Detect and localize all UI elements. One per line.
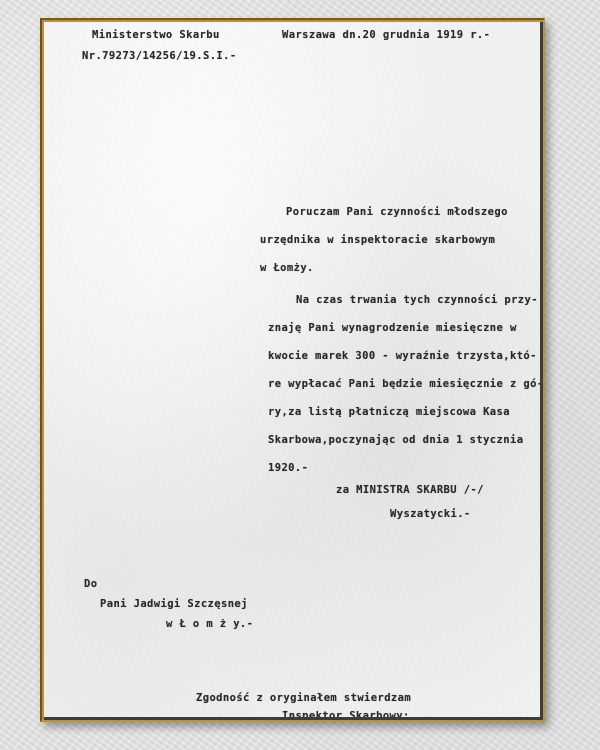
body-line-6: kwocie marek 300 - wyraźnie trzysta,któ- — [268, 350, 537, 362]
reference-number: Nr.79273/14256/19.S.I.- — [82, 50, 237, 62]
certification-line: Zgodność z oryginałem stwierdzam — [196, 692, 411, 704]
addressee-label: Do — [84, 578, 97, 590]
document-paper: Ministerstwo Skarbu Warszawa dn.20 grudn… — [44, 22, 543, 720]
body-line-2: urzędnika w inspektoracie skarbowym — [260, 234, 495, 246]
body-line-3: w Łomży. — [260, 262, 314, 274]
body-line-10: 1920.- — [268, 462, 308, 474]
body-line-8: ry,za listą płatniczą miejscowa Kasa — [268, 406, 510, 418]
document-frame: Ministerstwo Skarbu Warszawa dn.20 grudn… — [40, 18, 545, 722]
issuer: Ministerstwo Skarbu — [92, 29, 220, 41]
addressee-name: Pani Jadwigi Szczęsnej — [100, 598, 248, 610]
place-date: Warszawa dn.20 grudnia 1919 r.- — [282, 29, 490, 41]
body-line-4: Na czas trwania tych czynności przy- — [296, 294, 538, 306]
body-line-1: Poruczam Pani czynności młodszego — [286, 206, 508, 218]
signature-line: za MINISTRA SKARBU /-/ — [336, 484, 484, 496]
body-line-9: Skarbowa,poczynając od dnia 1 stycznia — [268, 434, 523, 446]
body-line-5: znaję Pani wynagrodzenie miesięczne w — [268, 322, 517, 334]
addressee-place: w Ł o m ż y.- — [166, 618, 253, 630]
signature-name: Wyszatycki.- — [390, 508, 471, 520]
certification-title: Inspektor Skarbowy: . — [282, 710, 430, 720]
body-line-7: re wypłacać Pani będzie miesięcznie z gó… — [268, 378, 543, 390]
